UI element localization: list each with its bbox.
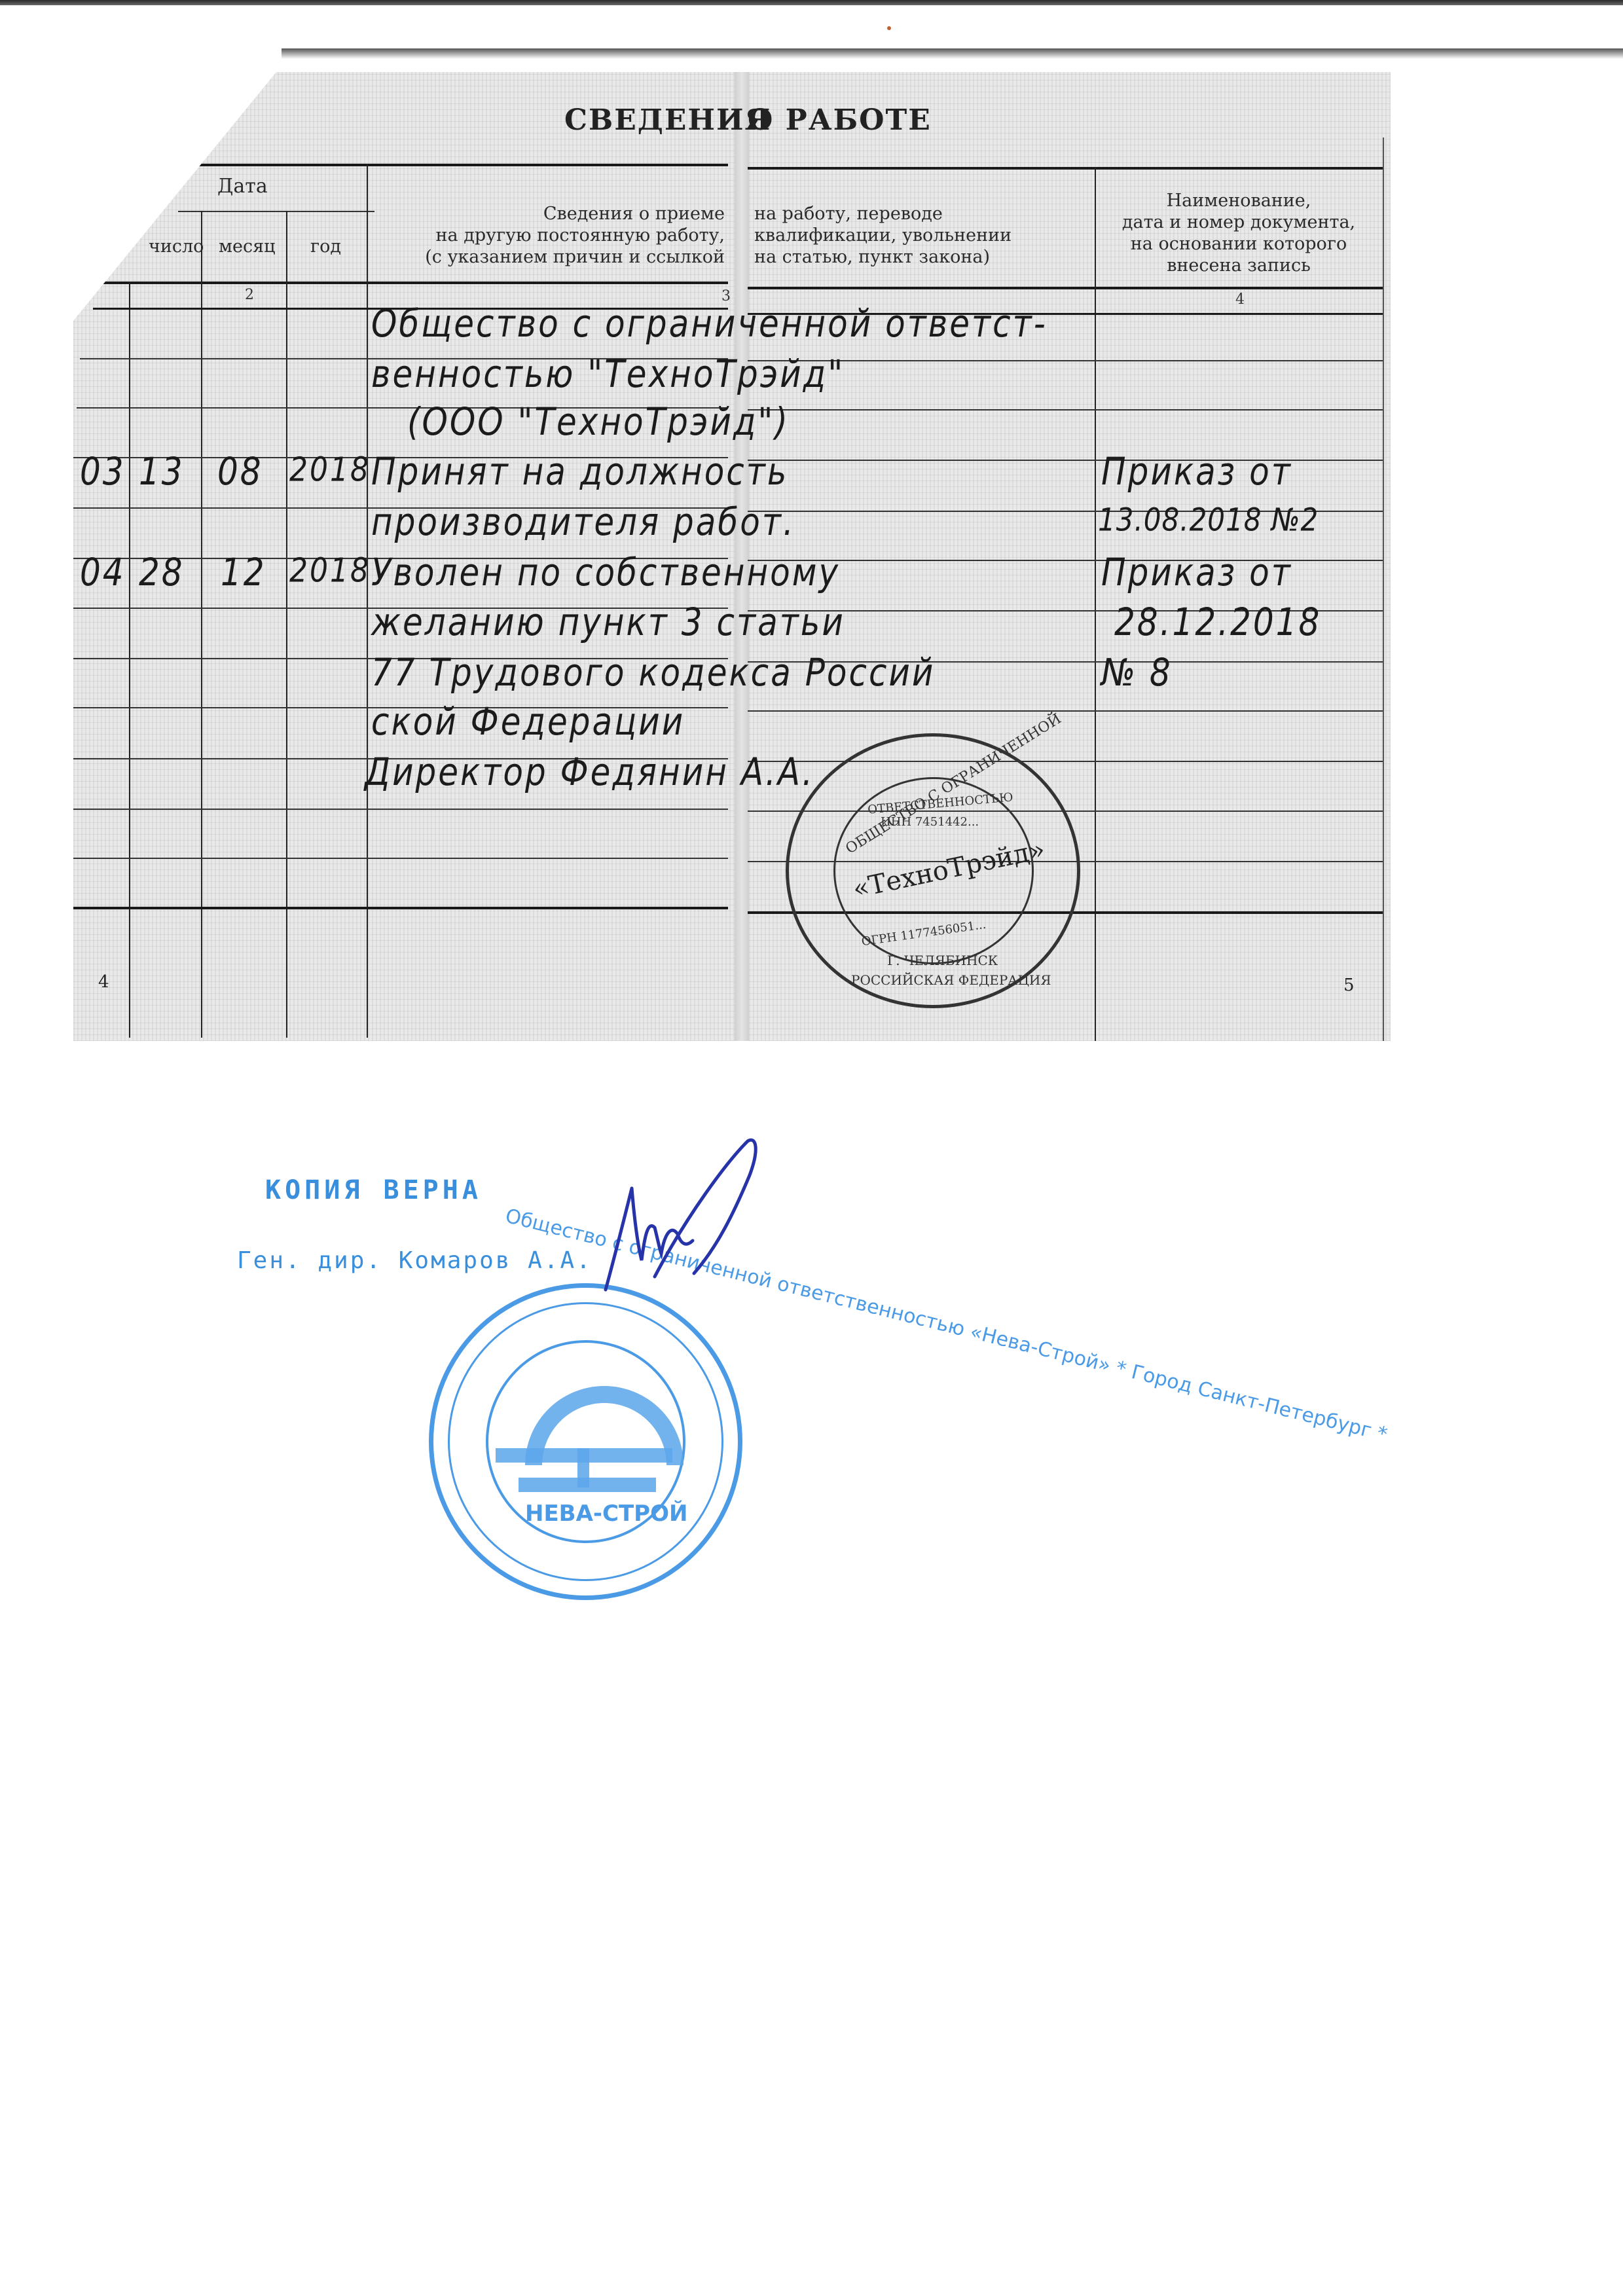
- record-book-spread: СВЕДЕНИЯ О РАБОТЕ Дата число месяц год С…: [73, 72, 1391, 1041]
- page-number-left: 4: [98, 972, 109, 992]
- rule: [103, 282, 728, 284]
- page-title-left: СВЕДЕНИЯ: [564, 103, 771, 137]
- entry-day: 13: [139, 450, 185, 494]
- entry-info: венностью "ТехноТрэйд": [371, 352, 845, 396]
- header-document-line: Наименование,: [1095, 190, 1383, 211]
- header-info-right: на работу, переводе квалификации, увольн…: [754, 203, 1108, 268]
- header-day: число: [149, 236, 204, 257]
- entry-info: (ООО "ТехноТрэйд"): [407, 400, 790, 444]
- entry-info: желанию пункт 3 статьи: [371, 600, 845, 644]
- company-stamp: ОБЩЕСТВО С ОГРАНИЧЕННОЙ ОТВЕТСТВЕННОСТЬЮ…: [786, 733, 1080, 1008]
- header-year: год: [310, 236, 341, 257]
- header-info-left-line: на другую постоянную работу,: [368, 225, 725, 246]
- header-info-left: Сведения о приеме на другую постоянную р…: [368, 203, 725, 268]
- column-divider: [129, 282, 130, 1038]
- entry-info: 77 Трудового кодекса Россий: [371, 651, 935, 695]
- entry-year: 2018: [289, 450, 371, 489]
- header-document: Наименование, дата и номер документа, на…: [1095, 190, 1383, 276]
- entry-year: 2018: [289, 551, 371, 590]
- header-info-left-line: (с указанием причин и ссылкой: [368, 246, 725, 268]
- header-document-line: внесена запись: [1095, 255, 1383, 276]
- entry-document: № 8: [1101, 651, 1173, 695]
- page-edge: [1383, 137, 1384, 1041]
- stamp-inn: ИНН 7451442...: [881, 815, 979, 829]
- page-title-right: О РАБОТЕ: [748, 103, 932, 137]
- entry-month: 12: [221, 551, 266, 594]
- certifier-signature: [576, 1136, 773, 1293]
- stamp-country: РОССИЙСКАЯ ФЕДЕРАЦИЯ: [851, 972, 1051, 988]
- entry-document: Приказ от: [1101, 551, 1292, 594]
- column-number: 4: [1235, 291, 1245, 308]
- entry-number: 04: [80, 551, 126, 594]
- entry-document: Приказ от: [1101, 450, 1292, 494]
- column-divider: [201, 211, 202, 1038]
- entry-document: 13.08.2018 №2: [1098, 501, 1319, 538]
- header-document-line: на основании которого: [1095, 233, 1383, 255]
- header-date: Дата: [217, 175, 268, 197]
- header-month: месяц: [219, 236, 276, 257]
- copy-certified-label: КОПИЯ ВЕРНА: [265, 1175, 482, 1205]
- header-info-right-line: на работу, переводе: [754, 203, 1108, 225]
- column-divider: [286, 211, 287, 1038]
- certifier-stamp: Общество с ограниченной ответственностью…: [429, 1283, 742, 1600]
- rule: [748, 167, 1383, 170]
- scan-speck: [887, 26, 891, 30]
- rule: [748, 710, 1383, 712]
- scan-edge-shadow: [282, 48, 1623, 59]
- entry-info: Принят на должность: [371, 450, 788, 494]
- entry-info: Общество с ограниченной ответст-: [371, 302, 1048, 346]
- column-number: 2: [245, 287, 254, 303]
- header-document-line: дата и номер документа,: [1095, 211, 1383, 233]
- rule: [165, 164, 728, 166]
- entry-info: Уволен по собственному: [371, 551, 840, 594]
- rule: [73, 907, 728, 909]
- certifier-name: Ген. дир. Комаров А.А.: [237, 1247, 593, 1274]
- entry-day: 28: [139, 551, 185, 594]
- column-divider: [1095, 167, 1096, 1041]
- entry-number: 03: [80, 450, 126, 494]
- neva-stroy-logo-bar: [577, 1448, 589, 1487]
- scan-border: [0, 0, 1623, 5]
- entry-info: производителя работ.: [371, 500, 795, 544]
- page-number-right: 5: [1343, 975, 1355, 995]
- rule: [73, 809, 728, 810]
- header-info-left-line: Сведения о приеме: [368, 203, 725, 225]
- rule: [748, 287, 1383, 289]
- neva-stroy-logo-name: НЕВА-СТРОЙ: [525, 1501, 687, 1527]
- entry-signature-line: Директор Федянин А.А.: [365, 750, 814, 794]
- rule: [748, 409, 1383, 410]
- rule: [178, 211, 374, 212]
- header-info-right-line: квалификации, увольнении: [754, 225, 1108, 246]
- header-info-right-line: на статью, пункт закона): [754, 246, 1108, 268]
- entry-document: 28.12.2018: [1114, 600, 1321, 644]
- entry-info: ской Федерации: [371, 700, 685, 744]
- rule: [73, 858, 728, 859]
- entry-month: 08: [217, 450, 263, 494]
- stamp-city: Г. ЧЕЛЯБИНСК: [887, 953, 998, 968]
